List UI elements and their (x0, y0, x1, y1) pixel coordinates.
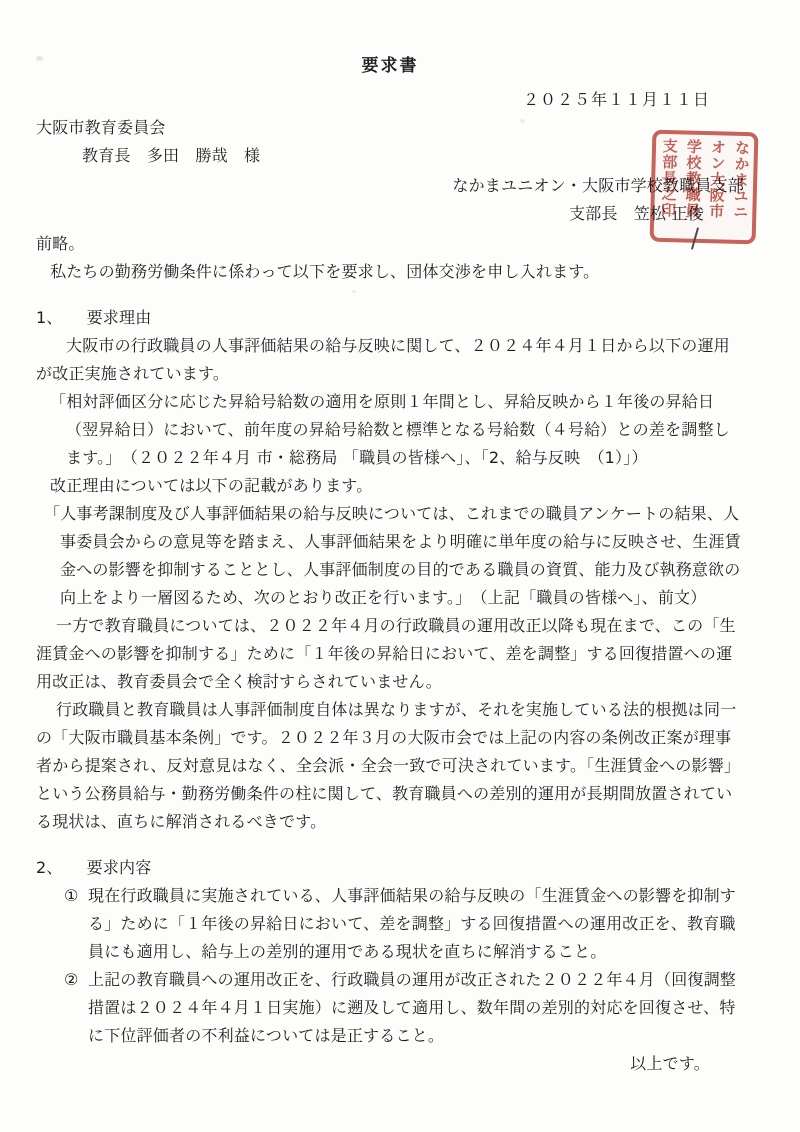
intro-paragraph: 私たちの勤務労働条件に係わって以下を要求し、団体交渉を申し入れます。 (36, 258, 744, 286)
item-text: 上記の教育職員への運用改正を、行政職員の運用が改正された２０２２年４月（回復調整… (88, 970, 736, 1045)
section-label: 要求理由 (87, 308, 152, 327)
section-label: 要求内容 (87, 858, 152, 877)
section-number: 2、 (36, 854, 63, 882)
section-heading-reason: 1、要求理由 (36, 304, 744, 332)
scan-speck (520, 119, 525, 123)
recipient-organization: 大阪市教育委員会 (36, 114, 744, 142)
section-number: 1、 (36, 304, 63, 332)
reason-paragraph: 大阪市の行政職員の人事評価結果の給与反映に関して、２０２４年４月１日から以下の運… (36, 332, 744, 388)
section-heading-demands: 2、要求内容 (36, 854, 744, 882)
item-marker: ② (64, 966, 79, 994)
stamp-text-column: なかまユニ (731, 140, 749, 236)
sender-person: 支部長 笠松 正俊 (36, 200, 744, 228)
scan-speck (36, 56, 43, 61)
demand-item: ② 上記の教育職員への運用改正を、行政職員の運用が改正された２０２２年４月（回復… (36, 966, 744, 1050)
reason-paragraph: 行政職員と教育職員は人事評価制度自体は異なりますが、それを実施している法的根拠は… (36, 696, 744, 836)
reason-paragraph: 改正理由については以下の記載があります。 (50, 472, 744, 500)
stamp-text-column: 支部長之印 (659, 138, 677, 234)
document-title: 要求書 (36, 52, 744, 80)
demand-item: ① 現在行政職員に実施されている、人事評価結果の給与反映の「生涯賃金への影響を抑… (36, 882, 744, 966)
scanned-demand-letter: 要求書 ２０２５年１１月１１日 大阪市教育委員会 教育長 多田 勝哉 様 なかま… (0, 0, 800, 1132)
item-text: 現在行政職員に実施されている、人事評価結果の給与反映の「生涯賃金への影響を抑制す… (88, 886, 736, 961)
union-seal-stamp: なかまユニ オン大阪市 学校教職員 支部長之印 (650, 130, 759, 245)
scan-speck (352, 290, 356, 293)
stamp-text-column: オン大阪市 (707, 139, 725, 235)
reason-paragraph: 一方で教育職員については、２０２２年４月の行政職員の運用改正以降も現在まで、この… (36, 612, 744, 696)
item-marker: ① (64, 882, 79, 910)
reason-quote-paragraph: 「相対評価区分に応じた昇給号給数の適用を原則１年間とし、昇給反映から１年後の昇給… (36, 388, 744, 472)
document-date: ２０２５年１１月１１日 (36, 86, 744, 114)
sender-organization: なかまユニオン・大阪市学校教職員支部 (36, 172, 744, 200)
recipient-person: 教育長 多田 勝哉 様 (82, 142, 744, 170)
reason-quote-paragraph: 「人事考課制度及び人事評価結果の給与反映については、これまでの職員アンケートの結… (36, 500, 744, 612)
stamp-text-column: 学校教職員 (683, 138, 701, 234)
closing-line: 以上です。 (36, 1050, 744, 1078)
opening-salutation: 前略。 (36, 230, 744, 258)
